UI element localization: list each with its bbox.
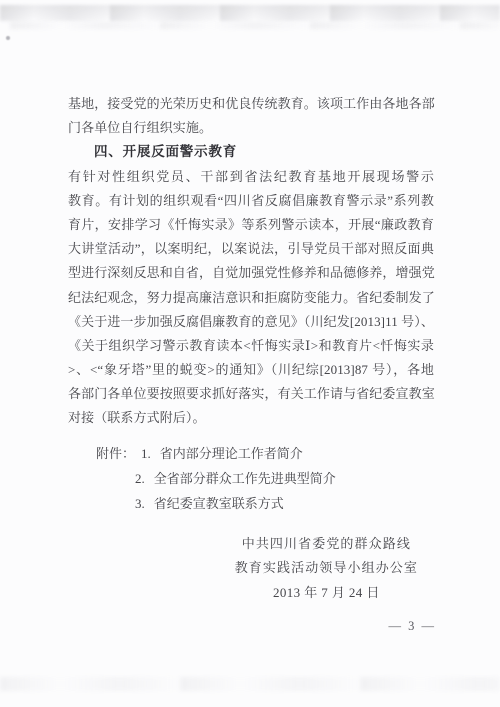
signature-org-line: 中共四川省委党的群众路线 <box>235 532 418 557</box>
attachment-item: 3.省纪委宣教室联系方式 <box>68 491 434 516</box>
text-line: 《关于进一步加强反腐倡廉教育的意见》（川纪发[2013]11 号）、 <box>68 310 434 334</box>
text-line: 基地，接受党的光荣历史和优良传统教育。该项工作由各地各部 <box>68 92 434 116</box>
attachment-item: 2.全省部分群众工作先进典型简介 <box>68 466 434 491</box>
attachment-number: 1. <box>141 446 151 461</box>
paragraph-continuation: 基地，接受党的光荣历史和优良传统教育。该项工作由各地各部 门各单位自行组织实施。 <box>68 92 434 140</box>
attachment-item: 附件：1.省内部分理论工作者简介 <box>68 441 434 466</box>
text-line: 《关于组织学习警示教育读本<忏悔实录Ⅰ>和教育片<忏悔实录 <box>68 334 434 358</box>
attachment-number: 2. <box>135 471 145 486</box>
text-line: 育片，安排学习《忏悔实录》等系列警示读本，开展“廉政教育 <box>68 213 434 237</box>
page-number: — 3 — <box>389 619 437 634</box>
paragraph-warning-education: 有针对性组织党员、干部到省法纪教育基地开展现场警示 教育。有计划的组织观看“四川… <box>68 165 434 431</box>
signature-date: 2013 年 7 月 24 日 <box>235 581 418 606</box>
attachments-label: 附件： <box>96 446 135 461</box>
signature-org-line: 教育实践活动领导小组办公室 <box>235 556 418 581</box>
signature-block: 中共四川省委党的群众路线 教育实践活动领导小组办公室 2013 年 7 月 24… <box>235 532 418 606</box>
attachment-title: 省内部分理论工作者简介 <box>160 446 303 461</box>
attachment-number: 3. <box>135 496 145 511</box>
attachment-title: 全省部分群众工作先进典型简介 <box>154 471 336 486</box>
scan-noise-top <box>0 5 500 21</box>
attachments-block: 附件：1.省内部分理论工作者简介 2.全省部分群众工作先进典型简介 3.省纪委宣… <box>68 441 434 516</box>
document-body: 基地，接受党的光荣历史和优良传统教育。该项工作由各地各部 门各单位自行组织实施。… <box>68 92 434 606</box>
text-line: 型进行深刻反思和自省，自觉加强党性修养和品德修养，增强党 <box>68 261 434 285</box>
section-heading: 四、开展反面警示教育 <box>68 140 434 164</box>
text-line: 各部门各单位要按照要求抓好落实，有关工作请与省纪委宣教室 <box>68 382 434 406</box>
text-line: 对接（联系方式附后）。 <box>68 406 434 430</box>
text-line: 门各单位自行组织实施。 <box>68 116 434 140</box>
document-page: 基地，接受党的光荣历史和优良传统教育。该项工作由各地各部 门各单位自行组织实施。… <box>0 0 500 707</box>
attachment-title: 省纪委宣教室联系方式 <box>154 496 284 511</box>
text-line: 纪法纪观念，努力提高廉洁意识和拒腐防变能力。省纪委制发了 <box>68 286 434 310</box>
scan-noise-bottom <box>0 677 500 691</box>
text-line: >、<“象牙塔”里的蜕变>的通知》（川纪综[2013]87 号），各地 <box>68 358 434 382</box>
text-line: 有针对性组织党员、干部到省法纪教育基地开展现场警示 <box>68 165 434 189</box>
scan-speck <box>6 36 10 40</box>
text-line: 教育。有计划的组织观看“四川省反腐倡廉教育警示录”系列教 <box>68 189 434 213</box>
text-line: 大讲堂活动”，以案明纪，以案说法，引导党员干部对照反面典 <box>68 237 434 261</box>
scan-noise-top-secondary <box>10 22 500 29</box>
